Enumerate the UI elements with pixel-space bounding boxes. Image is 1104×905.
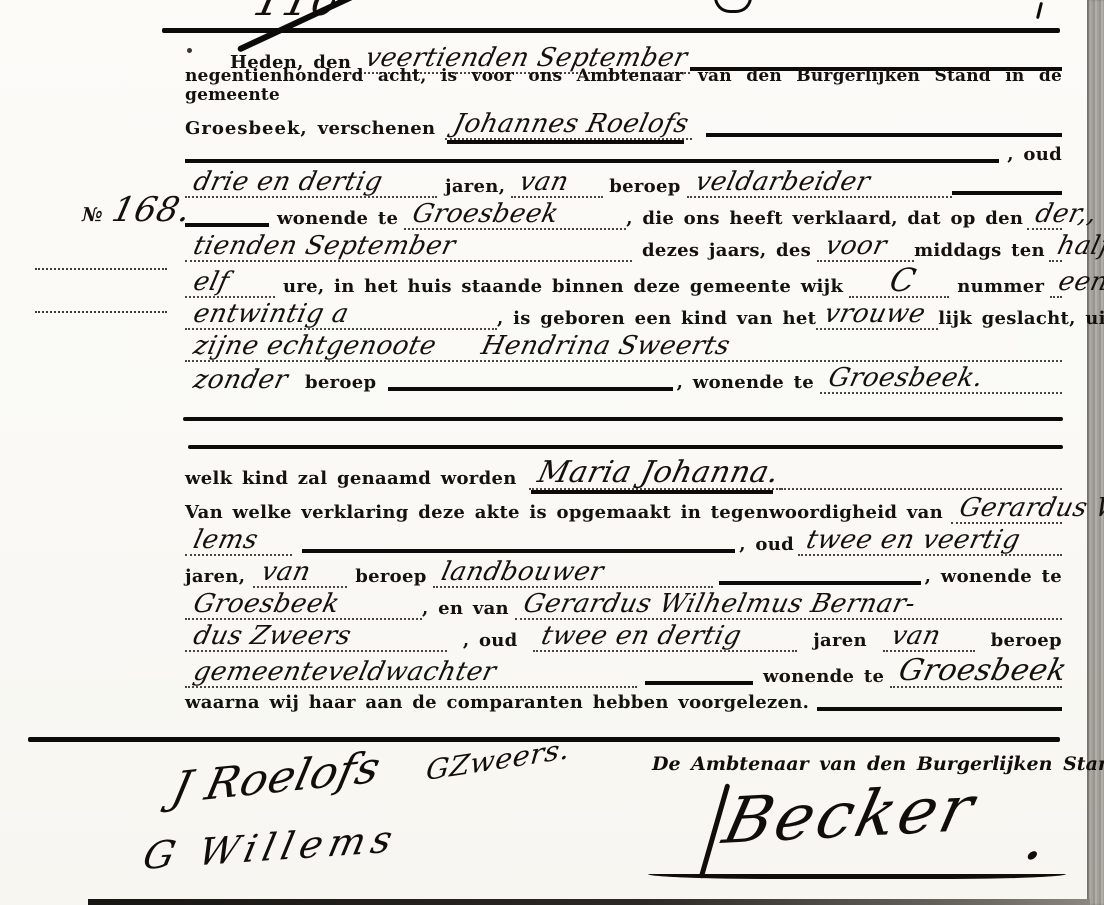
child-name: Maria Johanna. xyxy=(535,459,782,488)
printed-beroep4: beroep xyxy=(991,631,1062,652)
geslacht-underline: vrouwe xyxy=(816,302,938,330)
age-underline: drie en dertig xyxy=(185,170,437,198)
ruled-fill xyxy=(817,707,1062,711)
witness1-part1-underline: Gerardus Wil- xyxy=(951,496,1062,524)
section-rule-2 xyxy=(188,445,1063,449)
residence-underline: Groesbeek xyxy=(404,202,626,230)
van-underline: van xyxy=(511,170,603,198)
printed-jaren3: jaren xyxy=(813,631,867,652)
hour-part2-underline: elf xyxy=(185,270,275,298)
birth-day-part1: der,, xyxy=(1033,202,1099,227)
signature-official-period: . xyxy=(1022,822,1049,866)
ruled-fill xyxy=(952,191,1062,195)
line-year: negentienhonderd acht, is voor ons Ambte… xyxy=(185,78,1062,106)
house-number-part2: entwintig a xyxy=(191,302,351,327)
printed-oud: , oud xyxy=(1007,145,1062,166)
mother-relation: zijne echtgenoote xyxy=(191,334,439,359)
line-oud: , oud xyxy=(185,136,1062,166)
hour-part1-underline: half xyxy=(1049,234,1062,262)
official-title: De Ambtenaar van den Burgerlijken Stand, xyxy=(652,753,1104,775)
van3-underline: van xyxy=(883,624,975,652)
line-verklaring: Van welke verklaring deze akte is opgema… xyxy=(185,492,1062,524)
printed-beroep2: beroep xyxy=(305,373,376,394)
section-rule-1 xyxy=(183,417,1063,421)
printed-verklaard: , die ons heeft verklaard, dat op den xyxy=(626,209,1023,230)
birth-hour-part2: elf xyxy=(191,270,232,295)
wijk-letter: C xyxy=(887,265,919,295)
zonder-entry: zonder xyxy=(185,368,305,394)
occupation-underline: veldarbeider xyxy=(687,170,952,198)
declarant-occupation: veldarbeider xyxy=(693,170,872,195)
stray-tick-fragment xyxy=(1036,2,1043,19)
witness1-residence-underline: Groesbeek xyxy=(185,592,422,620)
wijk-underline: C xyxy=(849,265,949,298)
birth-day-part2: tienden September xyxy=(191,234,458,259)
witness2-occupation: gemeenteveldwachter xyxy=(191,660,499,685)
printed-oud3: , oud xyxy=(463,631,518,652)
line-house: elf ure, in het huis staande binnen deze… xyxy=(185,264,1062,298)
dotted-fill xyxy=(781,487,1062,490)
line-witness2-occupation: gemeenteveldwachter wonende te Groesbeek xyxy=(185,650,1062,688)
witness1-part2-underline: lems xyxy=(185,528,292,556)
declarant-name: Johannes Roelofs xyxy=(451,112,691,137)
voor-underline: voor xyxy=(817,234,914,262)
line-witness1-occupation: jaren, van beroep landbouwer , wonende t… xyxy=(185,554,1062,588)
line-zonder-beroep: zonder beroep , wonende te Groesbeek. xyxy=(185,360,1062,394)
printed-year-line: negentienhonderd acht, is voor ons Ambte… xyxy=(185,67,1062,106)
top-horizontal-rule xyxy=(162,28,1060,33)
witness2-name-part2: dus Zweers xyxy=(191,624,354,649)
witness1-occupation-underline: landbouwer xyxy=(433,560,713,588)
printed-en-van: , en van xyxy=(422,599,509,620)
mother-underline: zijne echtgenoote Hendrina Sweerts xyxy=(185,334,1062,362)
entry-van: van xyxy=(517,170,571,195)
witness2-name-part1: Gerardus Wilhelmus Bernar- xyxy=(521,592,918,617)
witness2-part1-underline: Gerardus Wilhelmus Bernar- xyxy=(515,592,1062,620)
margin-dotted-line-1 xyxy=(35,268,167,270)
mother-occupation-zonder: zonder xyxy=(191,368,290,393)
day-part1-underline: der,, xyxy=(1027,202,1062,230)
printed-nummer: nummer xyxy=(957,277,1044,298)
declarant-residence: Groesbeek xyxy=(410,202,561,227)
printed-oud2: , oud xyxy=(739,535,794,556)
ruled-fill xyxy=(302,549,735,553)
witness1-age-underline: twee en veertig xyxy=(798,528,1062,556)
printed-wonende-te3: , wonende te xyxy=(925,567,1062,588)
printed-slotzin: waarna wij haar aan de comparanten hebbe… xyxy=(185,693,809,714)
ruled-fill xyxy=(185,223,269,227)
ruled-fill xyxy=(388,387,672,391)
printed-jaren2: jaren, xyxy=(185,567,245,588)
signature-official-underline-flourish xyxy=(648,874,1066,879)
signature-witness-zweers: GZweers. xyxy=(425,736,571,784)
housenumber-part2-underline: entwintig a xyxy=(185,302,497,330)
line-slotzin: waarna wij haar aan de comparanten hebbe… xyxy=(185,684,1062,714)
signature-official: Becker xyxy=(718,779,982,853)
line-mother: zijne echtgenoote Hendrina Sweerts xyxy=(185,328,1062,362)
printed-geboren: , is geboren een kind van het xyxy=(497,309,816,330)
witness1-residence: Groesbeek xyxy=(191,592,342,617)
margin-dotted-line-2 xyxy=(35,311,167,313)
line-verschenen: Groesbeek, verschenen Johannes Roelofs xyxy=(185,106,1062,140)
witness1-age: twee en veertig xyxy=(804,528,1023,553)
stray-curve-fragment xyxy=(714,0,752,13)
witness1-name-part1: Gerardus Wil- xyxy=(957,496,1104,521)
van2-underline: van xyxy=(253,560,347,588)
line-birthdate: tienden September dezes jaars, des voor … xyxy=(185,228,1062,262)
daypart-voor: voor xyxy=(823,234,889,259)
printed-middags-ten: middags ten xyxy=(914,241,1045,262)
printed-jaren: jaren, xyxy=(445,177,505,198)
line-age: drie en dertig jaren, van beroep veldarb… xyxy=(185,164,1062,198)
birth-hour-part1: half xyxy=(1055,234,1104,259)
witness2-residence: Groesbeek xyxy=(896,657,1070,686)
child-gender: vrouwe xyxy=(822,302,928,327)
mother-residence-underline: Groesbeek. xyxy=(820,366,1062,394)
entry-van2: van xyxy=(259,560,313,585)
line-witness2-age: dus Zweers , oud twee en dertig jaren va… xyxy=(185,618,1062,652)
record-number-label: № xyxy=(82,204,103,226)
ruled-fill xyxy=(185,159,999,163)
house-number-part1: een xyxy=(1056,270,1104,295)
line-child-name: welk kind zal genaamd worden Maria Johan… xyxy=(185,456,1062,490)
child-name-underline: Maria Johanna. xyxy=(529,459,781,491)
scanned-birth-certificate: 110 № 168. Heden, den veertienden Septem… xyxy=(0,0,1104,905)
printed-ure-huis: ure, in het huis staande binnen deze gem… xyxy=(283,277,843,298)
ruled-fill xyxy=(719,581,921,585)
printed-beroep3: beroep xyxy=(355,567,426,588)
line-witness1-age: lems , oud twee en veertig xyxy=(185,522,1062,556)
signature-witness-willems: G Willems xyxy=(140,821,401,874)
record-number-value: 168. xyxy=(109,194,194,226)
record-number: № 168. xyxy=(82,194,186,226)
mother-residence: Groesbeek. xyxy=(826,366,986,391)
signature-declarant: J Roelofs xyxy=(168,747,384,810)
mother-name: Hendrina Sweerts xyxy=(479,334,732,359)
printed-wonende-te2: , wonende te xyxy=(677,373,814,394)
line-geslacht: entwintig a , is geboren een kind van he… xyxy=(185,296,1062,330)
witness2-age: twee en dertig xyxy=(539,624,744,649)
printed-verklaring: Van welke verklaring deze akte is opgema… xyxy=(185,503,943,524)
witness1-name-part2: lems xyxy=(191,528,260,553)
witness1-occupation: landbouwer xyxy=(439,560,606,585)
line-witness2-name: Groesbeek , en van Gerardus Wilhelmus Be… xyxy=(185,586,1062,620)
line-wonende: wonende te Groesbeek , die ons heeft ver… xyxy=(185,196,1062,230)
printed-wonende-te: wonende te xyxy=(277,209,398,230)
housenumber-part1-underline: een xyxy=(1050,270,1062,298)
day-part2-underline: tienden September xyxy=(185,234,632,262)
witness2-part2-underline: dus Zweers xyxy=(185,624,447,652)
printed-beroep: beroep xyxy=(609,177,680,198)
entry-van3: van xyxy=(889,624,943,649)
declarant-age: drie en dertig xyxy=(191,170,385,195)
printed-geslacht-rest: lijk geslacht, uit xyxy=(938,309,1104,330)
printed-naamgeving: welk kind zal genaamd worden xyxy=(185,469,517,490)
scan-page-edge-bottom xyxy=(88,899,1090,905)
printed-dezes-jaars: dezes jaars, des xyxy=(642,241,811,262)
witness2-age-underline: twee en dertig xyxy=(533,624,797,652)
